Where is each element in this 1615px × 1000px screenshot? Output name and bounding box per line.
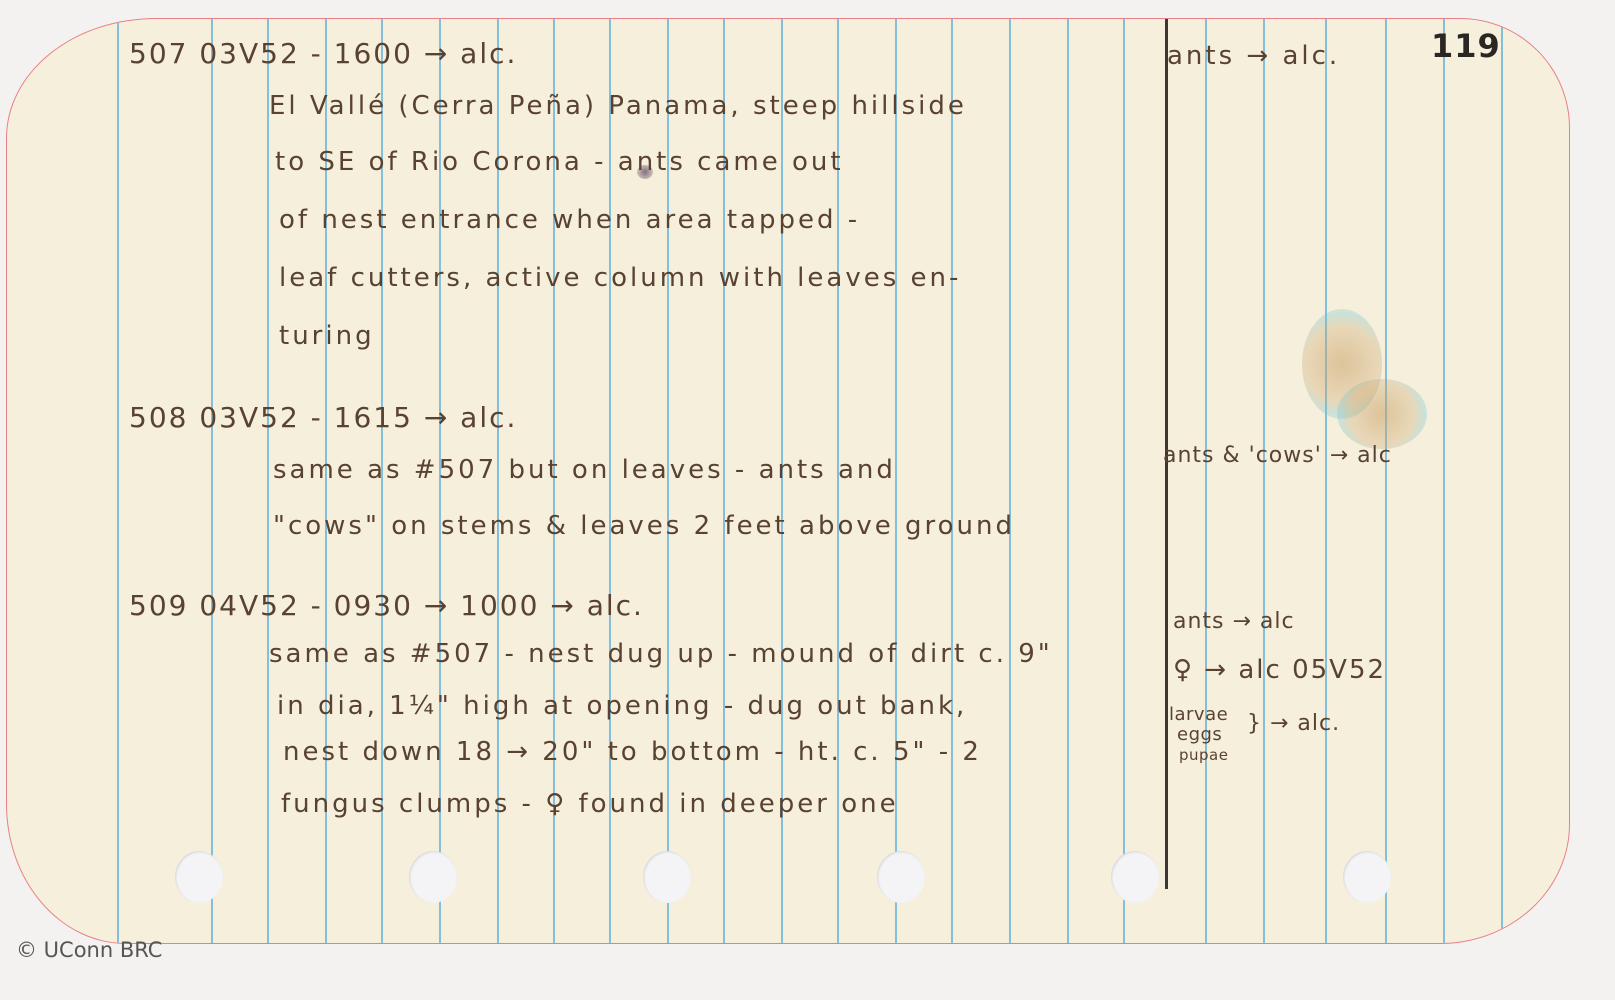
ruling-line bbox=[267, 19, 269, 943]
side-note: ants & 'cows' → alc bbox=[1163, 443, 1392, 468]
entry-line: of nest entrance when area tapped - bbox=[279, 205, 860, 235]
entry-line: "cows" on stems & leaves 2 feet above gr… bbox=[273, 511, 1015, 541]
ruling-line bbox=[951, 19, 953, 943]
entry-header-509: 509 04V52 - 0930 → 1000 → alc. bbox=[129, 589, 644, 622]
side-group-item: pupae bbox=[1179, 745, 1238, 765]
punch-hole bbox=[1343, 851, 1391, 903]
side-note: ants → alc. bbox=[1167, 41, 1340, 71]
entry-line: same as #507 - nest dug up - mound of di… bbox=[269, 639, 1053, 669]
side-group: larvae eggs pupae bbox=[1169, 705, 1228, 765]
entry-line: leaf cutters, active column with leaves … bbox=[279, 263, 961, 293]
entry-line: in dia, 1¼" high at opening - dug out ba… bbox=[277, 691, 967, 721]
entry-header-508: 508 03V52 - 1615 → alc. bbox=[129, 401, 517, 434]
punch-hole bbox=[175, 851, 223, 903]
ruling-line bbox=[1123, 19, 1125, 943]
ruling-line bbox=[1263, 19, 1265, 943]
ruling-line bbox=[1009, 19, 1011, 943]
stain bbox=[1337, 379, 1427, 449]
side-group-item: eggs bbox=[1177, 725, 1236, 745]
ruling-line bbox=[1067, 19, 1069, 943]
entry-line: nest down 18 → 20" to bottom - ht. c. 5"… bbox=[283, 737, 982, 767]
entry-line: turing bbox=[279, 321, 375, 351]
entry-line: El Vallé (Cerra Peña) Panama, steep hill… bbox=[269, 91, 967, 121]
entry-line: same as #507 but on leaves - ants and bbox=[273, 455, 896, 485]
index-card: 119 507 03V52 - 1600 → alc. El Vallé (Ce… bbox=[6, 18, 1570, 944]
ruling-line bbox=[1385, 19, 1387, 943]
ruling-line bbox=[1205, 19, 1207, 943]
entry-line: to SE of Rio Corona - ants came out bbox=[275, 147, 844, 177]
side-group-target: } → alc. bbox=[1247, 711, 1340, 736]
punch-hole bbox=[877, 851, 925, 903]
entry-line: fungus clumps - ♀ found in deeper one bbox=[281, 789, 899, 819]
side-note: ♀ → alc 05V52 bbox=[1173, 655, 1386, 685]
punch-hole bbox=[409, 851, 457, 903]
ruling-line bbox=[1501, 19, 1503, 943]
punch-hole bbox=[1111, 851, 1159, 903]
page-number: 119 bbox=[1431, 27, 1501, 65]
ruling-line bbox=[211, 19, 213, 943]
ruling-line bbox=[1325, 19, 1327, 943]
entry-header-507: 507 03V52 - 1600 → alc. bbox=[129, 37, 517, 70]
side-note: ants → alc bbox=[1173, 609, 1295, 634]
ruling-line bbox=[1443, 19, 1445, 943]
side-group-item: larvae bbox=[1169, 705, 1228, 725]
ruling-line bbox=[117, 19, 119, 943]
punch-hole bbox=[643, 851, 691, 903]
copyright-label: © UConn BRC bbox=[16, 938, 162, 962]
